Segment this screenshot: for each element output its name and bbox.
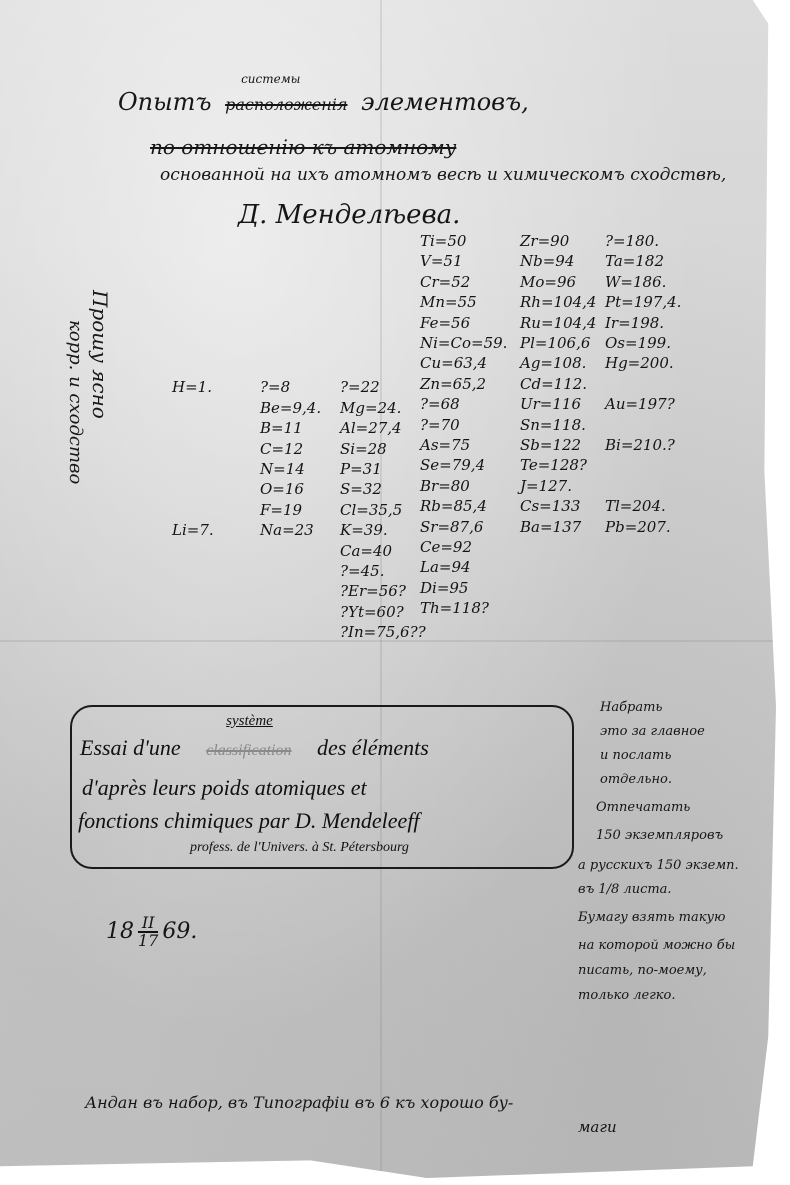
element-entry: Ni=Co=59. [420,334,507,352]
element-entry: J=127. [520,477,572,495]
element-entry: ?=45. [340,562,384,580]
element-entry: Hg=200. [605,354,674,372]
title-word: элементовъ, [361,88,529,116]
element-entry: Cs=133 [520,497,580,515]
element-entry: ?Er=56? [340,582,406,600]
element-entry: Ru=104,4 [520,314,596,332]
date: 18II1769. [106,915,197,949]
element-entry: Sr=87,6 [420,518,483,536]
element-entry: W=186. [605,273,666,291]
element-entry: S=32 [340,480,382,498]
side-note-line: Бумагу взять такую [578,910,726,925]
side-note-line: 150 экземпляровъ [596,828,723,843]
side-note-line: отдельно. [600,772,672,787]
element-entry: Di=95 [420,579,468,597]
struck-word: расположенія [225,95,347,114]
element-entry: V=51 [420,252,463,270]
element-entry: Rh=104,4 [520,293,596,311]
element-entry: Ca=40 [340,542,392,560]
element-entry: Th=118? [420,599,489,617]
element-entry: Sn=118. [520,416,586,434]
element-entry: Cd=112. [520,375,587,393]
french-text: des éléments [317,735,429,760]
element-entry: Pl=106,6 [520,334,590,352]
inserted-word: système [226,713,273,730]
french-line-4: profess. de l'Univers. à St. Pétersbourg [190,840,409,856]
title-line-3: основанной на ихъ атомномъ весѣ и химиче… [160,165,726,185]
side-note-line: Набрать [600,700,663,715]
title-line-1: Опытъ расположенія системы элементовъ, [118,88,529,116]
element-entry: F=19 [260,501,302,519]
struck-word: classification [206,742,291,759]
element-entry: Cl=35,5 [340,501,402,519]
side-note-line: на которой можно бы [578,938,735,953]
side-note-line: а русскихъ 150 экземп. [578,858,739,873]
element-entry: Na=23 [260,521,314,539]
element-entry: Ag=108. [520,354,586,372]
date-year-suffix: 69. [162,919,197,944]
element-entry: Os=199. [605,334,671,352]
element-entry: Tl=204. [605,497,666,515]
manuscript-paper: Опытъ расположенія системы элементовъ, п… [0,0,776,1178]
date-year-prefix: 18 [106,919,134,944]
element-entry: Be=9,4. [260,399,321,417]
element-entry: Se=79,4 [420,456,485,474]
french-line-2: d'après leurs poids atomiques et [82,775,367,801]
element-entry: Rb=85,4 [420,497,487,515]
element-entry: K=39. [340,521,388,539]
element-entry: Ce=92 [420,538,472,556]
element-entry: ?=68 [420,395,460,413]
date-day: 17 [138,933,158,949]
inserted-word: системы [241,72,300,86]
element-entry: Fe=56 [420,314,470,332]
side-note-line: Отпечатать [596,800,690,815]
element-entry: Mg=24. [340,399,401,417]
margin-note-1: Прошу ясно [88,290,112,419]
title-word: Опытъ [118,88,211,116]
element-entry: Mo=96 [520,273,576,291]
margin-note-2: корр. и сходство [65,320,86,484]
french-line-1: Essai d'une classification système des é… [80,735,429,761]
element-entry: Pt=197,4. [605,293,681,311]
element-entry: N=14 [260,460,305,478]
element-entry: P=31 [340,460,382,478]
element-entry: Ir=198. [605,314,664,332]
side-note-line: и послать [600,748,671,763]
element-entry: Pb=207. [605,518,671,536]
element-entry: Si=28 [340,440,387,458]
element-entry: Al=27,4 [340,419,402,437]
element-entry: O=16 [260,480,304,498]
title-line-2: по отношенію къ атомному [150,135,456,159]
element-entry: Sb=122 [520,436,581,454]
element-entry: ?=180. [605,232,659,250]
side-note-line: писать, по-моему, [578,963,707,978]
element-entry: Cr=52 [420,273,470,291]
side-note-line: въ 1/8 листа. [578,882,672,897]
element-entry: B=11 [260,419,303,437]
element-entry: Ti=50 [420,232,466,250]
element-entry: Bi=210.? [605,436,675,454]
element-entry: Te=128? [520,456,587,474]
element-entry: C=12 [260,440,303,458]
element-entry: ?In=75,6?? [340,623,426,641]
element-entry: Zn=65,2 [420,375,486,393]
bottom-note-line-1: Андан въ набор, въ Типографіи въ 6 къ хо… [85,1093,513,1112]
side-note-line: только легко. [578,988,676,1003]
element-entry: Ta=182 [605,252,664,270]
element-entry: ?=22 [340,378,380,396]
element-entry: Br=80 [420,477,470,495]
element-entry: Mn=55 [420,293,477,311]
side-note-line: это за главное [600,724,705,739]
bottom-note-line-2: маги [578,1118,617,1136]
french-text: Essai d'une [80,735,181,760]
french-line-3: fonctions chimiques par D. Mendeleeff [78,808,420,834]
element-entry: La=94 [420,558,471,576]
element-entry: As=75 [420,436,470,454]
element-entry: Zr=90 [520,232,569,250]
element-entry: Li=7. [172,521,214,539]
element-entry: Nb=94 [520,252,574,270]
element-entry: H=1. [172,378,212,396]
element-entry: Ba=137 [520,518,581,536]
author-signature: Д. Менделѣева. [238,200,460,230]
element-entry: Ur=116 [520,395,581,413]
element-entry: Cu=63,4 [420,354,487,372]
element-entry: Au=197? [605,395,675,413]
element-entry: ?=8 [260,378,290,396]
date-fraction: II17 [138,915,158,949]
element-entry: ?=70 [420,416,460,434]
element-entry: ?Yt=60? [340,603,404,621]
